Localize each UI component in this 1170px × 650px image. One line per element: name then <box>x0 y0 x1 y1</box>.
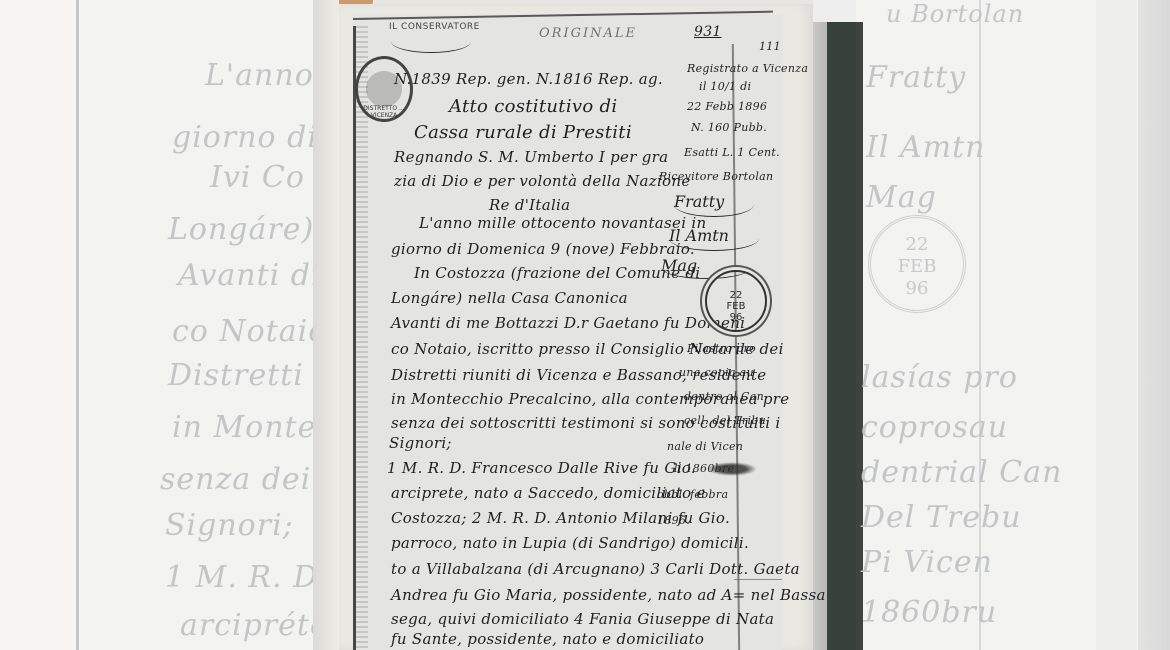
text-line: Re d'Italia <box>489 196 570 214</box>
background-wall <box>813 0 856 22</box>
background-left-blur: L'anno giorno di Ivi Co Longáre) Avanti … <box>0 0 313 650</box>
background-margin-rule <box>76 0 79 650</box>
ghost-stamp-year: 96 <box>871 278 963 300</box>
ghost-text: L'anno <box>205 58 313 93</box>
date-stamp-day: 22 <box>707 290 765 301</box>
text-line: Andrea fu Gio Maria, possidente, nato ad… <box>391 586 826 604</box>
background-page-edge <box>1096 0 1136 650</box>
text-line: Regnando S. M. Umberto I per gra <box>394 148 668 166</box>
photocopy-speckle <box>356 26 368 650</box>
original-mark: ORIGINALE <box>539 26 637 41</box>
margin-note: Ricevitore Bortolan <box>659 170 773 183</box>
ghost-text: dentrial Can <box>861 455 1062 490</box>
text-line: Signori; <box>389 434 452 452</box>
page-number: 931 <box>694 24 722 40</box>
ghost-text: 1 M. R. D <box>165 560 313 595</box>
date-stamp: 22 FEB 96 <box>705 270 767 332</box>
ghost-text: Avanti di <box>178 258 313 293</box>
text-line: 1 M. R. D. Francesco Dalle Rive fu Gio. <box>387 459 696 477</box>
document-title-line: Atto costitutivo di <box>449 96 617 117</box>
margin-note: Esatti L. 1 Cent. <box>684 146 780 159</box>
date-stamp-month: FEB <box>707 301 765 312</box>
document-photo: IL CONSERVATORE ORIGINALE 931 111 DISTRE… <box>313 0 856 650</box>
text-line: L'anno mille ottocento novantasei in <box>419 214 706 232</box>
witness-signature: Fratty <box>674 192 754 217</box>
text-line: In Costozza (frazione del Comune di <box>414 264 700 282</box>
ghost-text: 1860bru <box>861 595 997 630</box>
corner-note: 111 <box>759 40 781 53</box>
repertory-numbers: N.1839 Rep. gen. N.1816 Rep. ag. <box>394 70 663 88</box>
margin-note: dentro al Can <box>684 390 764 403</box>
ghost-text: lasías pro <box>861 360 1018 395</box>
ghost-text: Del Trebu <box>861 500 1022 535</box>
ghost-stamp-day: 22 <box>871 234 963 256</box>
ghost-text: senza dei fot <box>160 462 313 497</box>
book-page-edges <box>813 22 827 650</box>
margin-note: cell. del Tribu <box>684 414 766 427</box>
background-right-blur: u Bortolan Fratty Il Amtn Mag 22 FEB 96 … <box>856 0 1170 650</box>
conservatore-signature <box>391 30 471 53</box>
ghost-text: Il Amtn <box>866 130 985 165</box>
ghost-text: Signori; <box>165 508 294 543</box>
text-line: Avanti di me Bottazzi D.r Gaetano fu Dom… <box>391 314 745 332</box>
margin-note: Pilastro pro <box>687 342 756 355</box>
date-stamp-year: 96 <box>707 312 765 323</box>
ghost-text: co Notaio, j <box>172 314 313 349</box>
ghost-stamp-month: FEB <box>871 256 963 278</box>
ink-smudge <box>707 462 757 476</box>
book-cover <box>827 22 856 650</box>
notary-seal: DISTRETTO ... VICENZA <box>355 56 413 122</box>
margin-note: il 10/1 di <box>699 80 751 93</box>
seal-label: DISTRETTO ... VICENZA <box>358 105 410 119</box>
margin-note: una copia au <box>679 366 754 379</box>
ghost-text: u Bortolan <box>886 0 1024 28</box>
text-line: to a Villabalzana (di Arcugnano) 3 Carli… <box>391 560 800 578</box>
ghost-text: Fratty <box>866 60 966 95</box>
margin-divider-line <box>734 579 782 580</box>
ghost-text: Distretti riu <box>168 358 313 393</box>
ghost-text: arcipréte <box>180 608 313 643</box>
margin-note: Registrato a Vicenza <box>687 62 808 75</box>
text-line: parroco, nato in Lupia (di Sandrigo) dom… <box>391 534 749 552</box>
ghost-text: Mag <box>866 180 937 215</box>
margin-note: 1896. <box>657 514 690 527</box>
margin-note: nale di Vicen <box>667 440 743 453</box>
text-line: sega, quivi domiciliato 4 Fania Giuseppe… <box>391 610 774 628</box>
background-page-edge <box>1138 0 1170 650</box>
ghost-text: Ivi Co <box>210 160 305 195</box>
witness-signature: Il Amtn <box>669 226 759 251</box>
text-line: zia di Dio e per volontà della Nazione <box>394 172 691 190</box>
document-page: IL CONSERVATORE ORIGINALE 931 111 DISTRE… <box>339 4 813 650</box>
text-line: giorno di Domenica 9 (nove) Febbraio. <box>391 240 695 258</box>
ghost-date-stamp: 22 FEB 96 <box>868 215 966 313</box>
margin-note: N. 160 Pubb. <box>691 121 767 134</box>
document-title-line: Cassa rurale di Prestiti <box>414 122 632 143</box>
ghost-text: coprosau <box>861 410 1008 445</box>
text-line: fu Sante, possidente, nato e domiciliato <box>391 630 704 648</box>
book-left-page-edge <box>313 0 339 650</box>
ghost-text: giorno di <box>172 120 313 155</box>
margin-note: 22 Febb 1896 <box>687 100 767 113</box>
ghost-text: in Montecchi <box>172 410 313 445</box>
margin-note: obbl. febbra <box>657 488 728 501</box>
text-line: Longáre) nella Casa Canonica <box>391 289 628 307</box>
ghost-text: Longáre) <box>168 212 313 247</box>
background-page-margin <box>0 0 80 650</box>
ghost-text: Pi Vicen <box>861 545 993 580</box>
